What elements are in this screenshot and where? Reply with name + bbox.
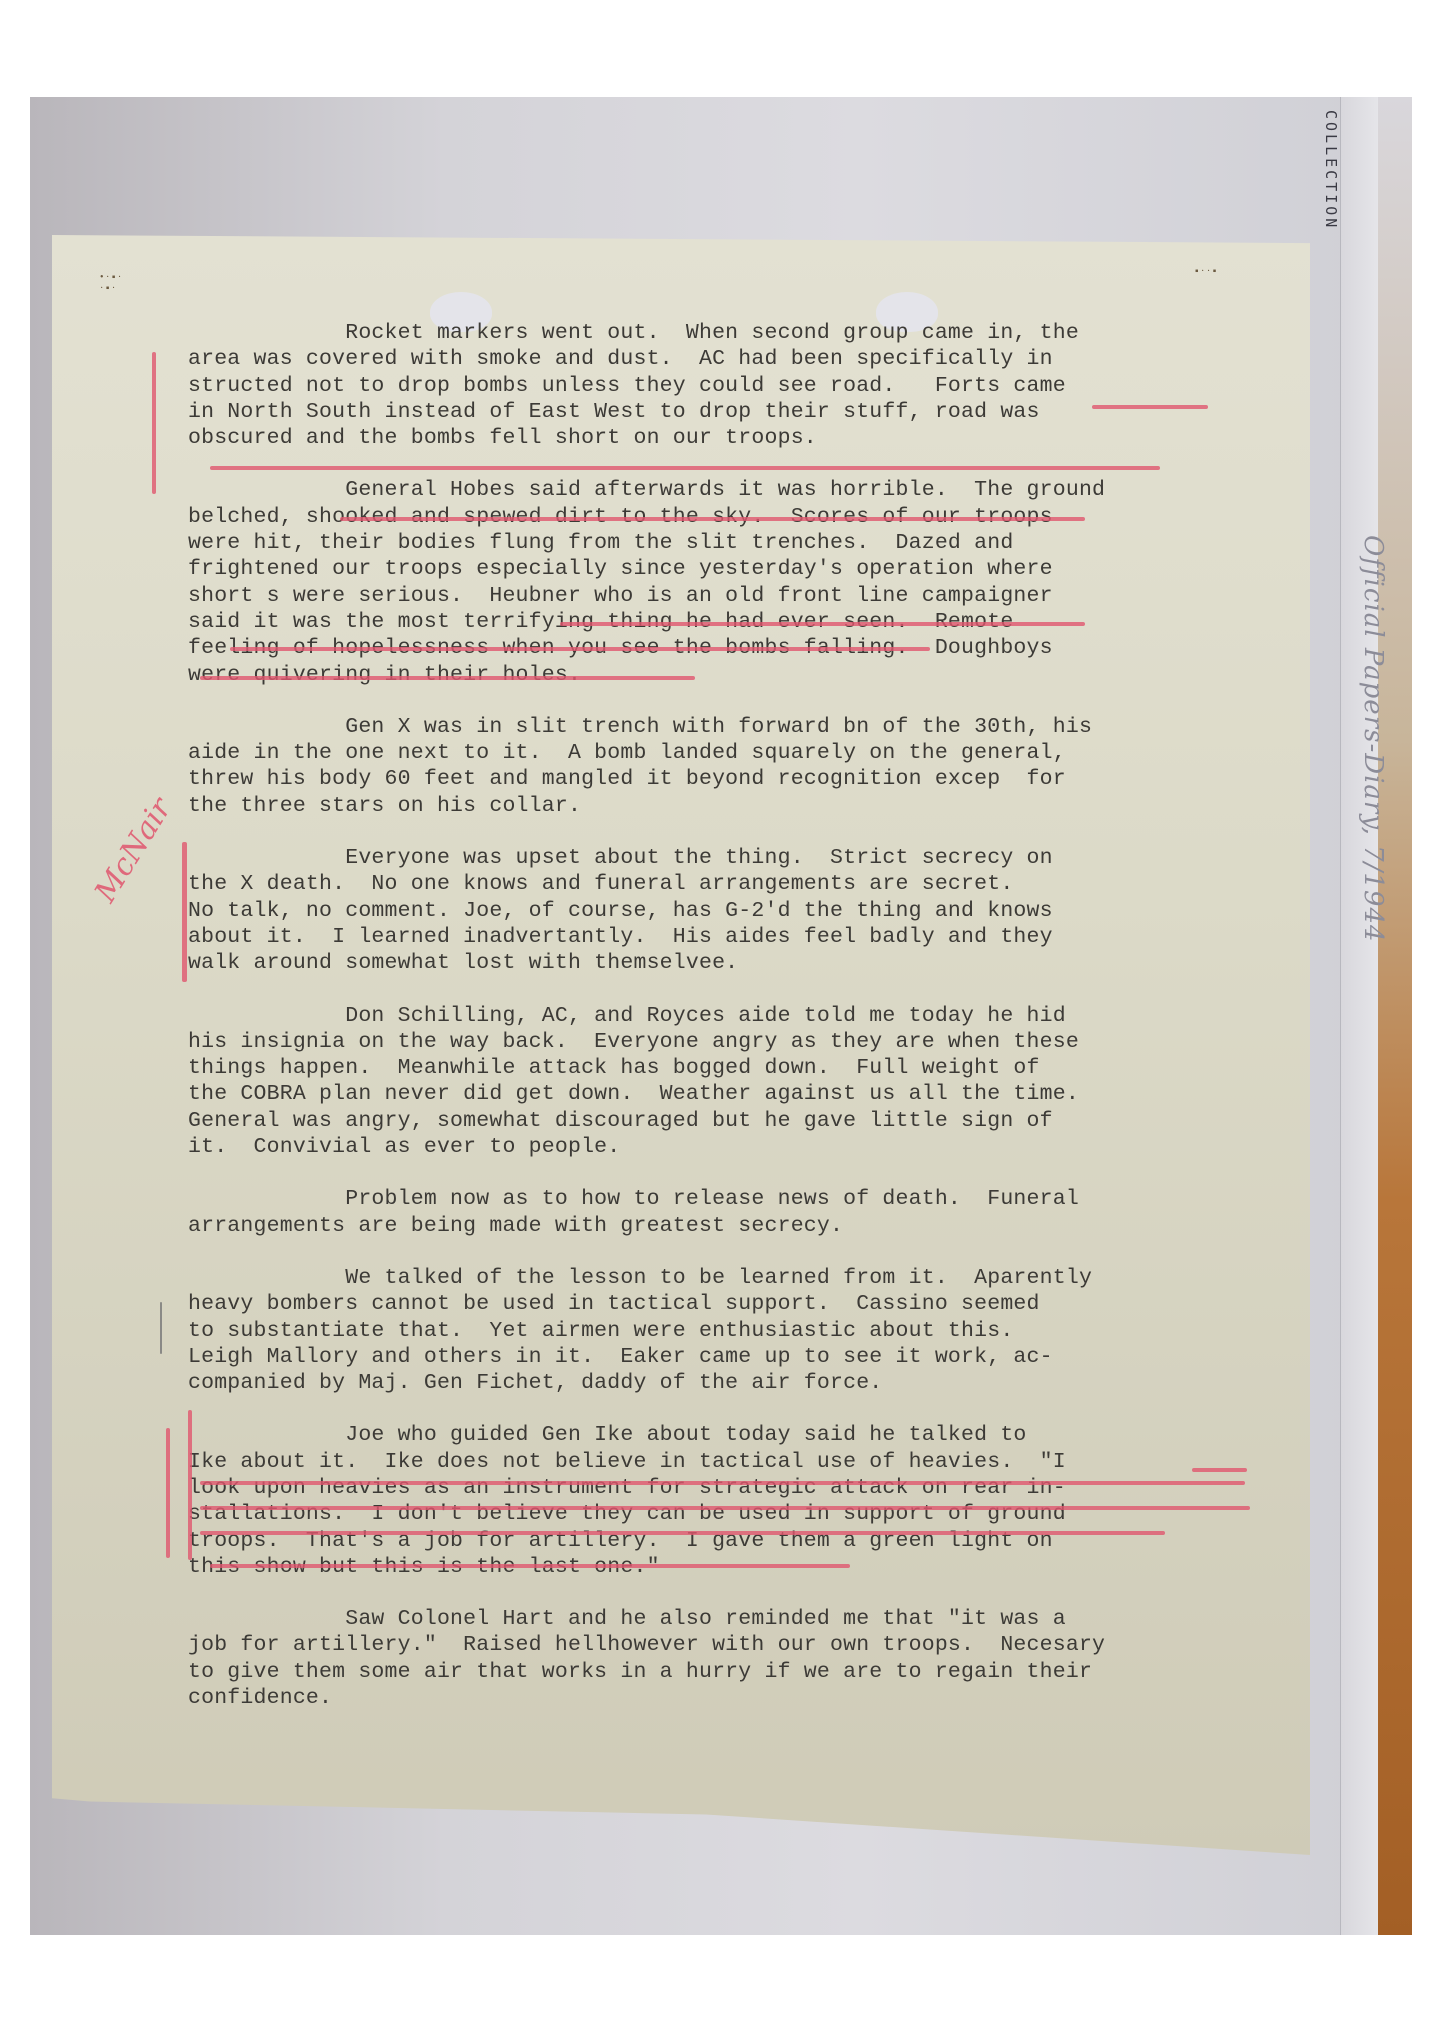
text-line: companied by Maj. Gen Fichet, daddy of t… [188,1370,1268,1396]
paragraph: Rocket markers went out. When second gro… [188,320,1268,451]
text-line: the COBRA plan never did get down. Weath… [188,1081,1268,1107]
underline [200,676,695,680]
paper-specks: ▪ · · ▪ [1195,266,1216,277]
text-line: job for artillery." Raised hellhowever w… [188,1632,1268,1658]
text-line: threw his body 60 feet and mangled it be… [188,766,1268,792]
text-line: area was covered with smoke and dust. AC… [188,346,1268,372]
text-line: in North South instead of East West to d… [188,399,1268,425]
text-line: aide in the one next to it. A bomb lande… [188,740,1268,766]
folder-handwritten-note: Official Papers-Diary, 7/1944 [1358,535,1388,943]
paragraph: Don Schilling, AC, and Royces aide told … [188,1003,1268,1161]
margin-bracket [188,1410,192,1560]
text-line: to give them some air that works in a hu… [188,1659,1268,1685]
text-line: frightened our troops especially since y… [188,556,1268,582]
text-line: Ike about it. Ike does not believe in ta… [188,1449,1268,1475]
underline [1192,1468,1247,1472]
paragraph: Joe who guided Gen Ike about today said … [188,1422,1268,1580]
underline [200,1531,1165,1535]
text-line: structed not to drop bombs unless they c… [188,373,1268,399]
text-line: Rocket markers went out. When second gro… [188,320,1268,346]
paragraph: Everyone was upset about the thing. Stri… [188,845,1268,976]
text-line: to substantiate that. Yet airmen were en… [188,1318,1268,1344]
underline [200,1481,1245,1485]
margin-bracket [166,1428,170,1558]
text-line: Joe who guided Gen Ike about today said … [188,1422,1268,1448]
text-line: Gen X was in slit trench with forward bn… [188,714,1268,740]
paragraph: Saw Colonel Hart and he also reminded me… [188,1606,1268,1711]
underline [210,1564,850,1568]
paragraph: General Hobes said afterwards it was hor… [188,477,1268,687]
text-line: We talked of the lesson to be learned fr… [188,1265,1268,1291]
margin-bracket [152,352,156,494]
underline [560,622,1085,626]
folder-tab-label: COLLECTION [1322,110,1340,230]
text-line: General Hobes said afterwards it was hor… [188,477,1268,503]
text-line: heavy bombers cannot be used in tactical… [188,1291,1268,1317]
text-line: the three stars on his collar. [188,793,1268,819]
text-line: confidence. [188,1685,1268,1711]
text-line: about it. I learned inadvertantly. His a… [188,924,1268,950]
text-line: Everyone was upset about the thing. Stri… [188,845,1268,871]
underline [230,647,930,651]
text-line: were quivering in their holes. [188,662,1268,688]
underline [210,466,1160,470]
underline [340,517,1085,521]
margin-bracket [182,842,187,982]
text-line: things happen. Meanwhile attack has bogg… [188,1055,1268,1081]
text-line: obscured and the bombs fell short on our… [188,425,1268,451]
text-line: Problem now as to how to release news of… [188,1186,1268,1212]
text-line: No talk, no comment. Joe, of course, has… [188,898,1268,924]
wood-edge [1378,97,1412,1935]
text-line: the X death. No one knows and funeral ar… [188,871,1268,897]
margin-bracket [160,1302,162,1354]
text-line: General was angry, somewhat discouraged … [188,1108,1268,1134]
text-line: his insignia on the way back. Everyone a… [188,1029,1268,1055]
text-line: short s were serious. Heubner who is an … [188,583,1268,609]
text-line: were hit, their bodies flung from the sl… [188,530,1268,556]
text-line: look upon heavies as an instrument for s… [188,1475,1268,1501]
paragraph: Gen X was in slit trench with forward bn… [188,714,1268,819]
text-line: Leigh Mallory and others in it. Eaker ca… [188,1344,1268,1370]
document-body: Rocket markers went out. When second gro… [188,320,1268,1737]
text-line: Saw Colonel Hart and he also reminded me… [188,1606,1268,1632]
text-line: Don Schilling, AC, and Royces aide told … [188,1003,1268,1029]
text-line: arrangements are being made with greates… [188,1213,1268,1239]
text-line: it. Convivial as ever to people. [188,1134,1268,1160]
paragraph: Problem now as to how to release news of… [188,1186,1268,1239]
underline [200,1506,1250,1510]
paragraph: We talked of the lesson to be learned fr… [188,1265,1268,1396]
paper-specks: • · ▪ ·· ▪ · [100,272,121,294]
text-line: walk around somewhat lost with themselve… [188,950,1268,976]
archive-folder [1340,97,1381,1935]
underline [1092,405,1208,409]
